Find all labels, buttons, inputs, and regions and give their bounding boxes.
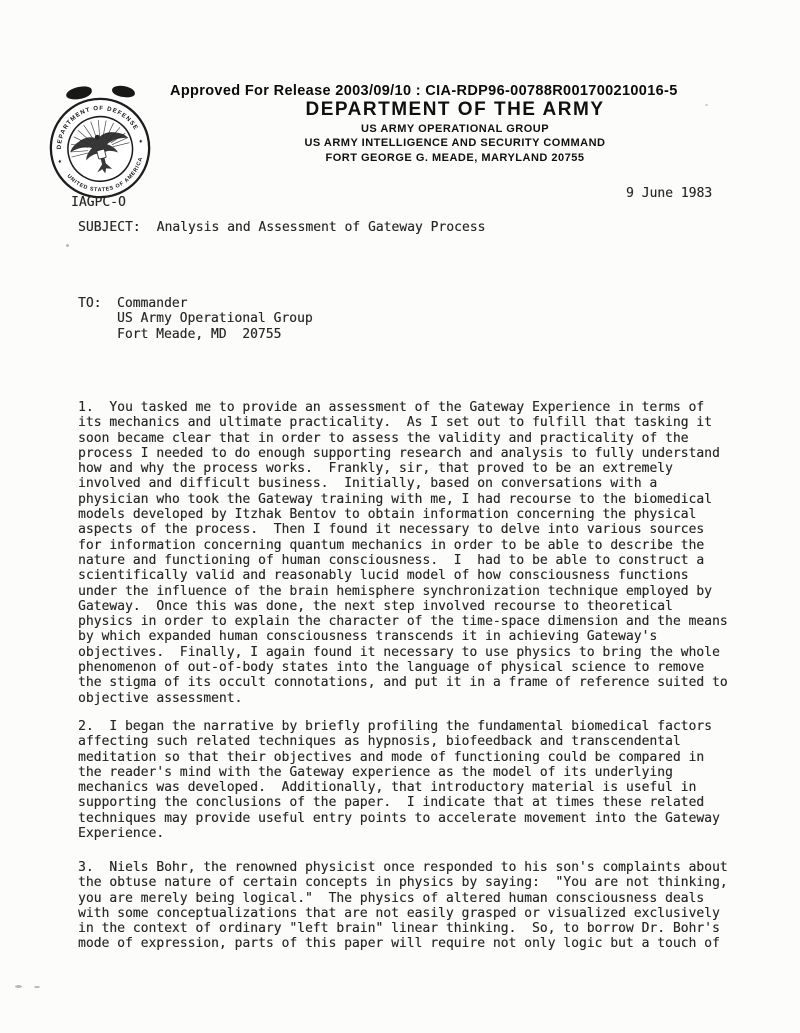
letterhead-unit: US ARMY OPERATIONAL GROUP: [160, 124, 750, 135]
to-label: TO:: [78, 296, 101, 311]
subject-text: Analysis and Assessment of Gateway Proce…: [157, 220, 486, 235]
letterhead-department: DEPARTMENT OF THE ARMY: [160, 100, 750, 120]
scan-speckle: [66, 244, 69, 247]
subject-line: SUBJECT: Analysis and Assessment of Gate…: [78, 220, 485, 235]
scanned-memo-page: Approved For Release 2003/09/10 : CIA-RD…: [0, 0, 800, 1033]
scan-speckle: [15, 985, 22, 988]
body-paragraph-1: 1. You tasked me to provide an assessmen…: [78, 400, 728, 706]
dod-seal-logo: DEPARTMENT OF DEFENSE UNITED STATES OF A…: [36, 84, 164, 212]
dod-seal-icon: DEPARTMENT OF DEFENSE UNITED STATES OF A…: [36, 84, 164, 212]
letterhead-location: FORT GEORGE G. MEADE, MARYLAND 20755: [160, 153, 750, 164]
body-paragraph-2: 2. I began the narrative by briefly prof…: [78, 719, 720, 841]
scan-speckle: [34, 986, 40, 988]
scan-speckle: [705, 104, 708, 106]
release-stamp: Approved For Release 2003/09/10 : CIA-RD…: [170, 83, 678, 99]
letterhead: DEPARTMENT OF THE ARMY US ARMY OPERATION…: [160, 100, 750, 164]
to-address: Commander US Army Operational Group Fort…: [117, 296, 313, 342]
subject-label: SUBJECT:: [78, 220, 141, 235]
letterhead-command: US ARMY INTELLIGENCE AND SECURITY COMMAN…: [160, 138, 750, 149]
office-symbol: IAGPC-O: [71, 195, 126, 210]
body-paragraph-3: 3. Niels Bohr, the renowned physicist on…: [78, 860, 728, 952]
date: 9 June 1983: [626, 186, 712, 201]
